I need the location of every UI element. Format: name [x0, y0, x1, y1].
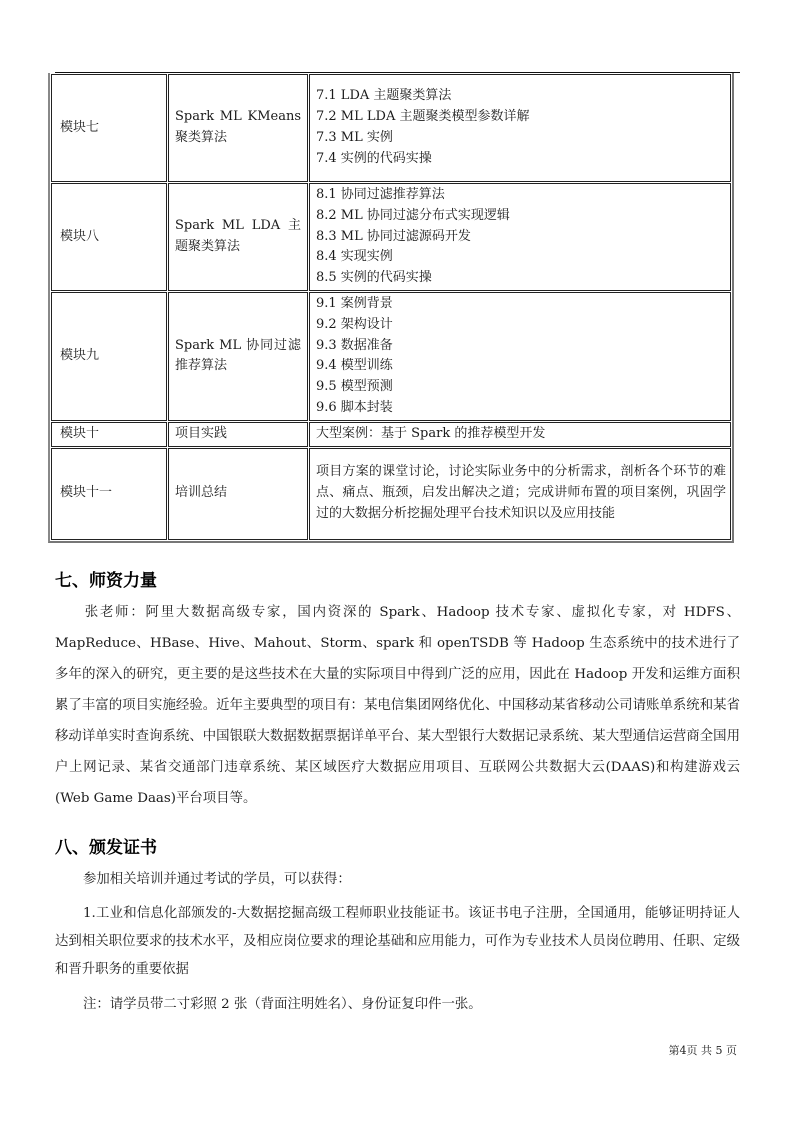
certificate-note-text: 注：请学员带二寸彩照 2 张（背面注明姓名）、身份证复印件一张。	[83, 997, 482, 1012]
certificate-item-1: 1.工业和信息化部颁发的-大数据挖掘高级工程师职业技能证书。该证书电子注册，全国…	[55, 900, 740, 984]
certificate-intro-text: 参加相关培训并通过考试的学员，可以获得：	[83, 872, 351, 887]
section-title-teachers: 七、师资力量	[55, 566, 157, 591]
list-item: 大型案例：基于 Spark 的推荐模型开发	[316, 424, 726, 445]
module-name: 模块八	[51, 183, 167, 291]
table-row: 模块十一 培训总结 项目方案的课堂讨论，讨论实际业务中的分析需求，剖析各个环节的…	[51, 448, 731, 540]
list-item: 9.2 架构设计	[316, 315, 726, 336]
module-name: 模块十	[51, 422, 167, 447]
list-item: 8.1 协同过滤推荐算法	[316, 185, 726, 206]
module-name: 模块十一	[51, 448, 167, 540]
table-row: 模块八 Spark ML LDA 主题聚类算法 8.1 协同过滤推荐算法 8.2…	[51, 183, 731, 291]
module-topic: Spark ML LDA 主题聚类算法	[168, 183, 308, 291]
module-topic: 培训总结	[168, 448, 308, 540]
list-item: 9.6 脚本封装	[316, 398, 726, 419]
teacher-paragraph: 张老师：阿里大数据高级专家，国内资深的 Spark、Hadoop 技术专家、虚拟…	[55, 597, 740, 814]
list-item: 9.3 数据准备	[316, 336, 726, 357]
list-item: 9.4 模型训练	[316, 356, 726, 377]
list-item: 7.2 ML LDA 主题聚类模型参数详解	[316, 107, 726, 128]
certificate-item-1-text: 1.工业和信息化部颁发的-大数据挖掘高级工程师职业技能证书。该证书电子注册，全国…	[55, 906, 740, 977]
teacher-paragraph-text: 张老师：阿里大数据高级专家，国内资深的 Spark、Hadoop 技术专家、虚拟…	[55, 605, 740, 806]
module-name: 模块七	[51, 74, 167, 182]
module-topic: Spark ML 协同过滤推荐算法	[168, 292, 308, 421]
module-topic: 项目实践	[168, 422, 308, 447]
list-item: 7.4 实例的代码实操	[316, 149, 726, 170]
list-item: 8.4 实现实例	[316, 247, 726, 268]
certificate-note: 注：请学员带二寸彩照 2 张（背面注明姓名）、身份证复印件一张。	[55, 995, 740, 1015]
list-item: 8.3 ML 协同过滤源码开发	[316, 227, 726, 248]
list-item: 8.2 ML 协同过滤分布式实现逻辑	[316, 206, 726, 227]
table-row: 模块九 Spark ML 协同过滤推荐算法 9.1 案例背景 9.2 架构设计 …	[51, 292, 731, 421]
module-items: 9.1 案例背景 9.2 架构设计 9.3 数据准备 9.4 模型训练 9.5 …	[309, 292, 731, 421]
course-module-table: 模块七 Spark ML KMeans 聚类算法 7.1 LDA 主题聚类算法 …	[48, 73, 734, 543]
list-item: 7.1 LDA 主题聚类算法	[316, 86, 726, 107]
table-row: 模块十 项目实践 大型案例：基于 Spark 的推荐模型开发	[51, 422, 731, 447]
module-description: 项目方案的课堂讨论，讨论实际业务中的分析需求，剖析各个环节的难点、痛点、瓶颈，启…	[309, 448, 731, 540]
list-item: 7.3 ML 实例	[316, 128, 726, 149]
module-topic: Spark ML KMeans 聚类算法	[168, 74, 308, 182]
page-number: 第4页 共 5 页	[669, 1042, 738, 1058]
module-name: 模块九	[51, 292, 167, 421]
module-items: 8.1 协同过滤推荐算法 8.2 ML 协同过滤分布式实现逻辑 8.3 ML 协…	[309, 183, 731, 291]
list-item: 9.5 模型预测	[316, 377, 726, 398]
list-item: 9.1 案例背景	[316, 294, 726, 315]
list-item: 8.5 实例的代码实操	[316, 268, 726, 289]
section-title-certificate: 八、颁发证书	[55, 833, 157, 858]
table-row: 模块七 Spark ML KMeans 聚类算法 7.1 LDA 主题聚类算法 …	[51, 74, 731, 182]
module-description-text: 项目方案的课堂讨论，讨论实际业务中的分析需求，剖析各个环节的难点、痛点、瓶颈，启…	[316, 460, 726, 526]
module-items: 7.1 LDA 主题聚类算法 7.2 ML LDA 主题聚类模型参数详解 7.3…	[309, 74, 731, 182]
module-items: 大型案例：基于 Spark 的推荐模型开发	[309, 422, 731, 447]
certificate-intro: 参加相关培训并通过考试的学员，可以获得：	[55, 870, 740, 890]
